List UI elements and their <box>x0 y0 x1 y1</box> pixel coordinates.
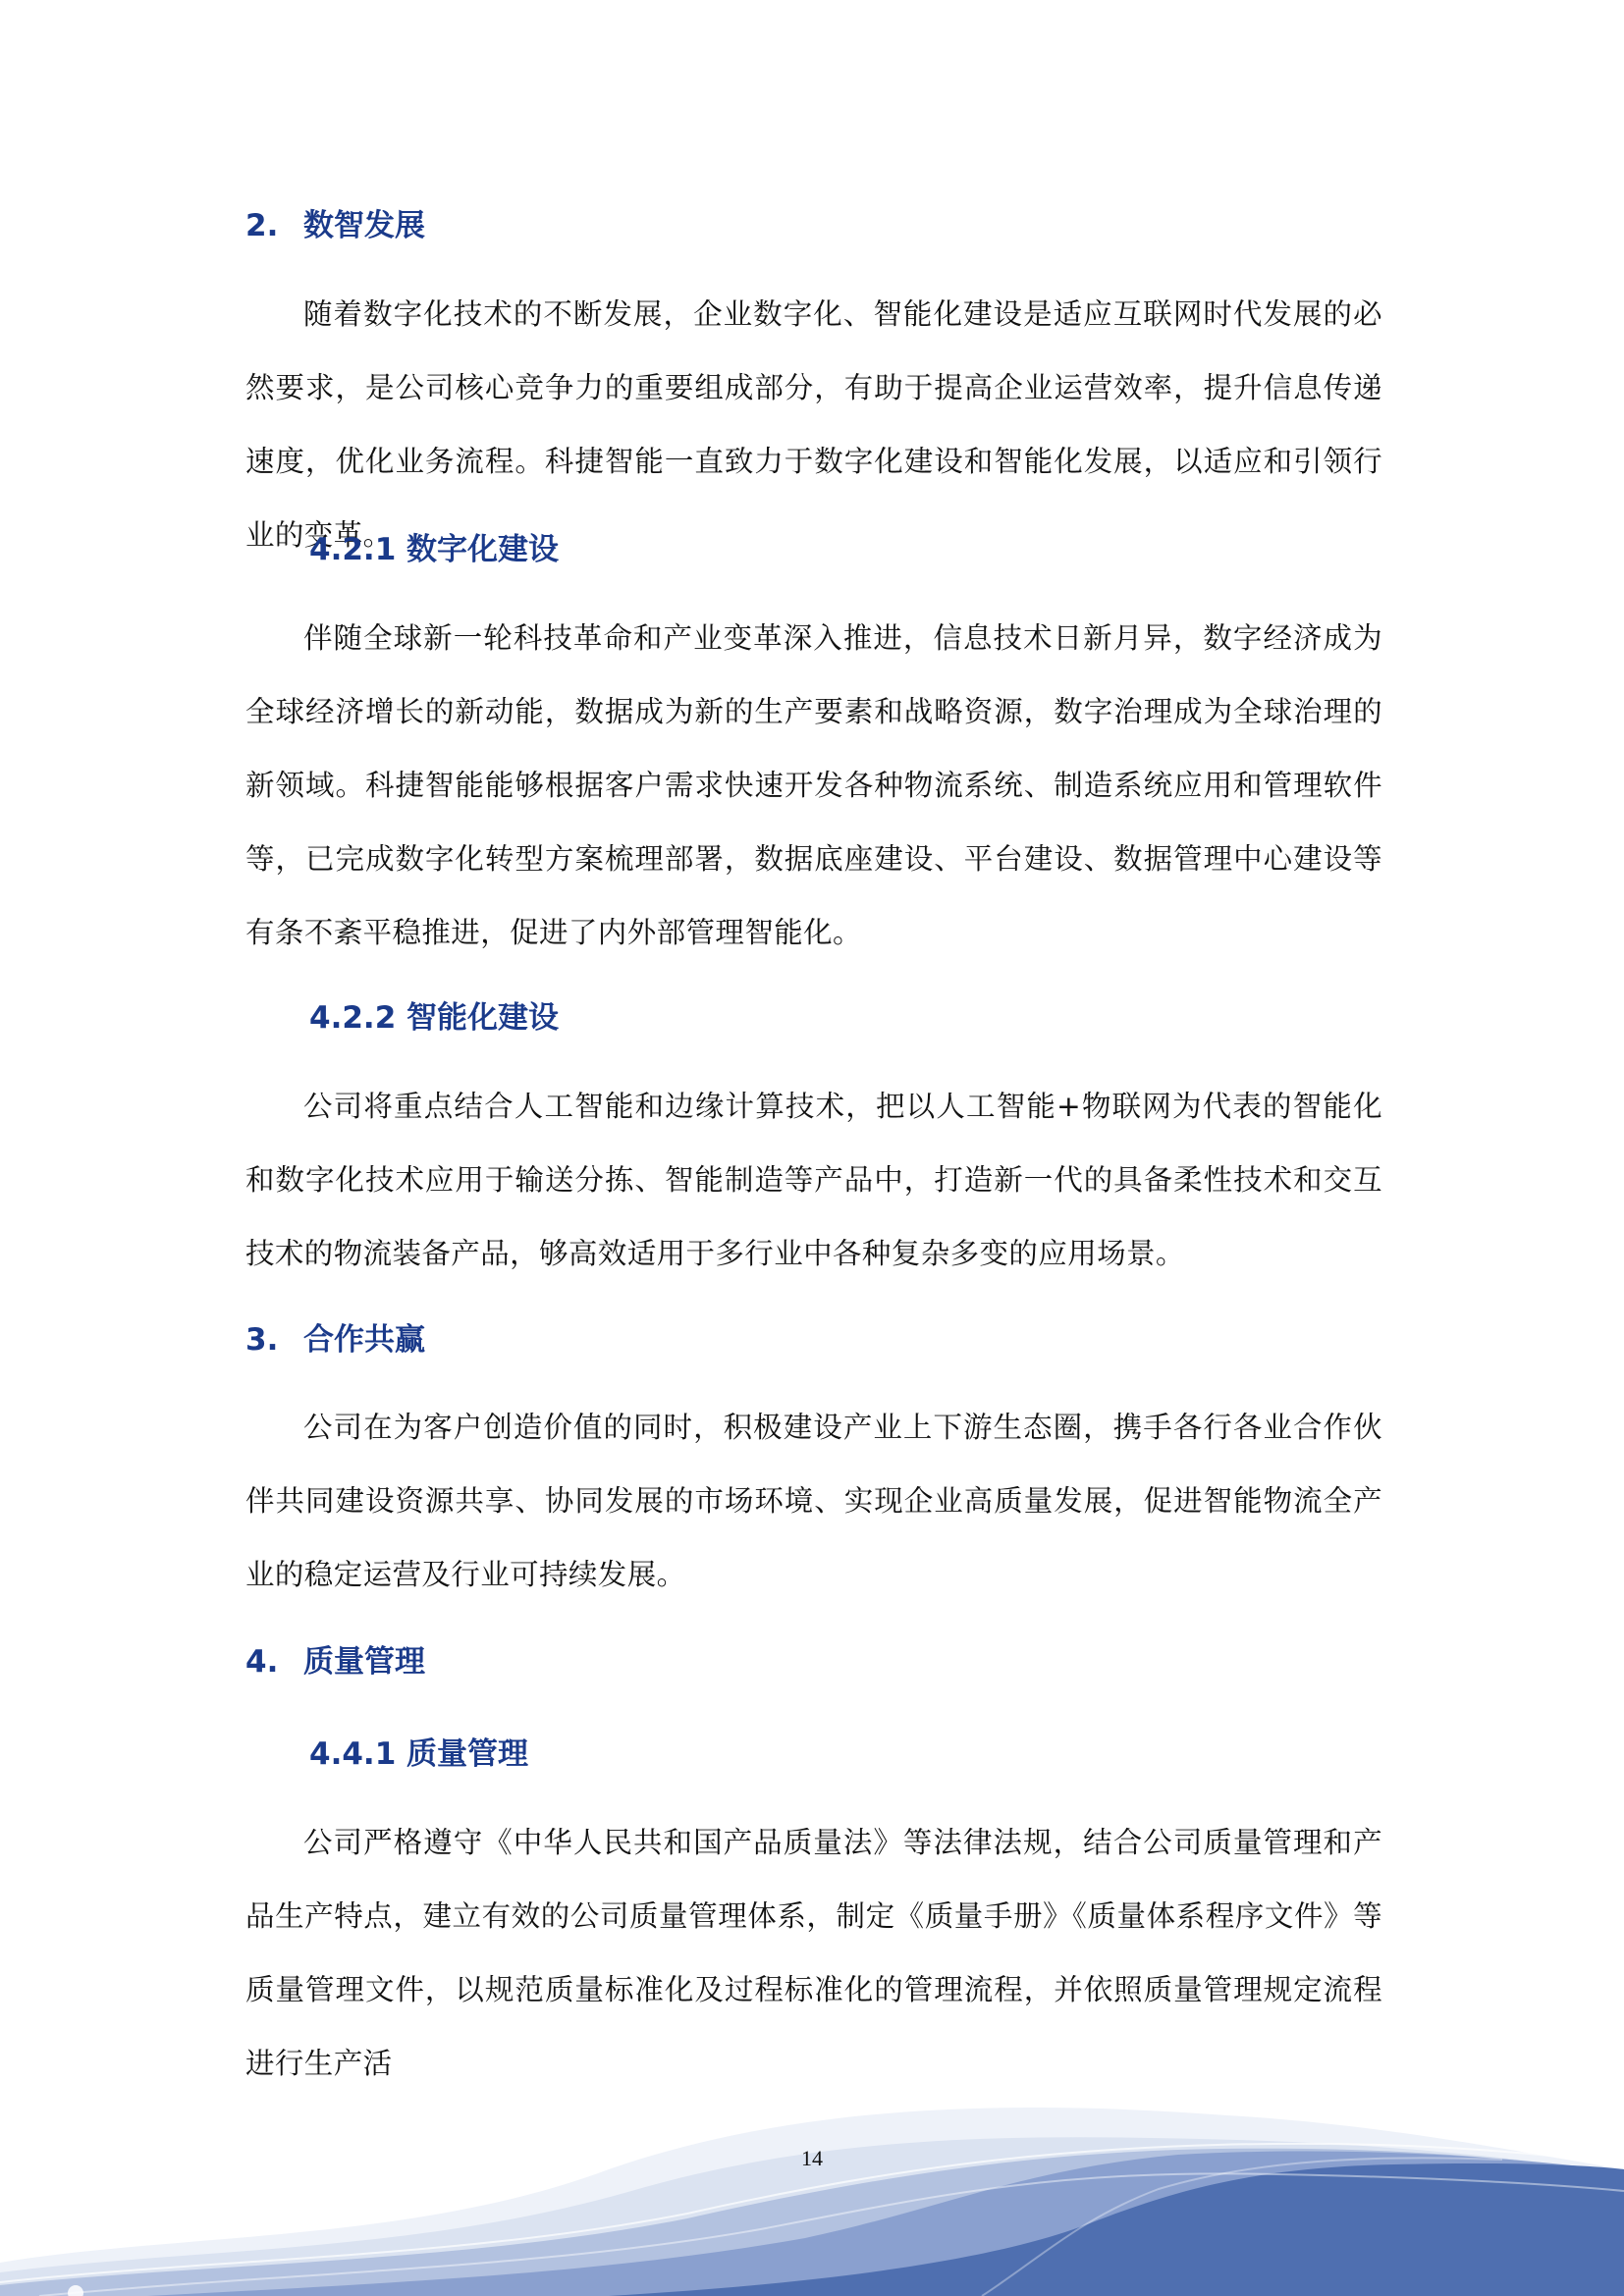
section-title: 数智发展 <box>303 208 425 243</box>
section-title: 质量管理 <box>303 1644 425 1680</box>
paragraph-intelligentization: 公司将重点结合人工智能和边缘计算技术，把以人工智能+物联网为代表的智能化和数字化… <box>245 1070 1382 1291</box>
subsection-heading-quality-management: 4.4.1 质量管理 <box>309 1735 528 1774</box>
paragraph-quality-management: 公司严格遵守《中华人民共和国产品质量法》等法律法规，结合公司质量管理和产品生产特… <box>245 1806 1382 2101</box>
subsection-heading-digitalization: 4.2.1 数字化建设 <box>309 530 559 569</box>
footer-wave-decoration <box>0 2061 1624 2296</box>
section-number: 3. <box>245 1320 303 1360</box>
section-heading-quality-management: 4.质量管理 <box>245 1642 425 1682</box>
page-number: 14 <box>0 2146 1624 2171</box>
section-number: 2. <box>245 206 303 245</box>
subsection-heading-intelligentization: 4.2.2 智能化建设 <box>309 998 559 1038</box>
section-title: 合作共赢 <box>303 1322 425 1358</box>
section-heading-cooperation: 3.合作共赢 <box>245 1320 425 1360</box>
document-page: 2.数智发展 随着数字化技术的不断发展，企业数字化、智能化建设是适应互联网时代发… <box>0 0 1624 2296</box>
section-heading-digital-intelligence: 2.数智发展 <box>245 206 425 245</box>
section-number: 4. <box>245 1642 303 1682</box>
paragraph-digitalization: 伴随全球新一轮科技革命和产业变革深入推进，信息技术日新月异，数字经济成为全球经济… <box>245 602 1382 970</box>
paragraph-digital-intelligence-intro: 随着数字化技术的不断发展，企业数字化、智能化建设是适应互联网时代发展的必然要求，… <box>245 278 1382 572</box>
paragraph-cooperation: 公司在为客户创造价值的同时，积极建设产业上下游生态圈，携手各行各业合作伙伴共同建… <box>245 1391 1382 1612</box>
